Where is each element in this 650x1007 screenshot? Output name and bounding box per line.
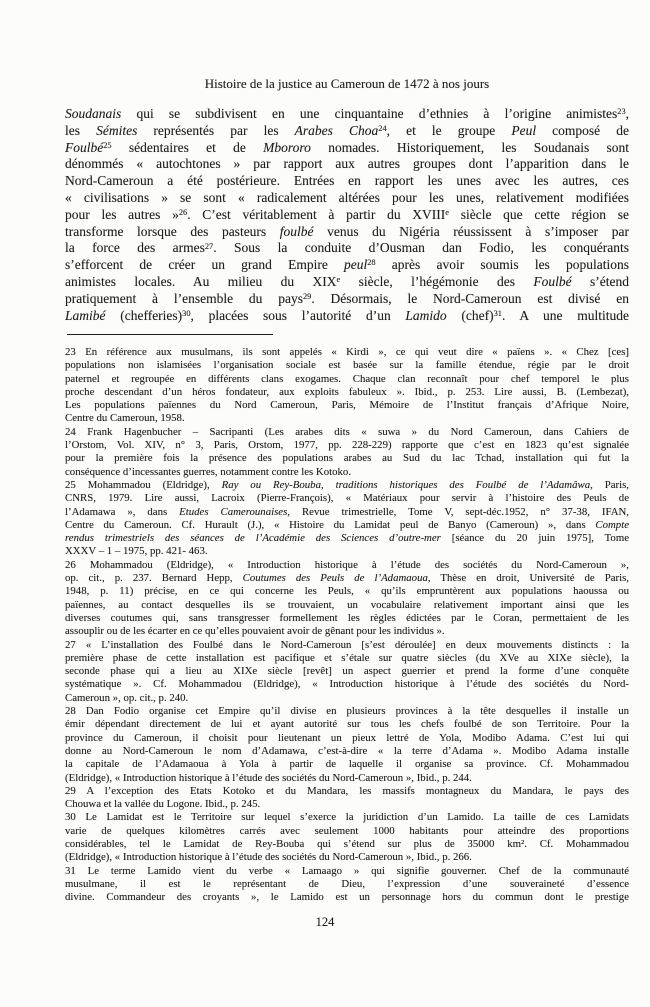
text-run: la capitale de l’Adamaoua à Yola à parti…: [65, 758, 629, 770]
text-line: transforme lorsque des pasteurs foulbé v…: [65, 224, 629, 241]
body-paragraph: Soudanais qui se subdivisent en une cinq…: [65, 106, 629, 324]
text-run: Peul: [511, 123, 536, 138]
text-run: XXXV – 1 – 1975, pp. 421- 463.: [65, 545, 208, 557]
text-run: varie de quelques kilomètres carrés avec…: [65, 825, 629, 837]
text-run: Mbororo: [263, 140, 311, 155]
text-run: Compte: [595, 519, 629, 531]
text-run: musulmane, il est le représentant de Die…: [65, 878, 629, 890]
text-run: Soudanais: [65, 106, 121, 121]
text-line: seconde phase qui a lieu au XIXe siècle …: [65, 665, 629, 678]
text-line: Cameroun », op. cit., p. 240.: [65, 692, 629, 705]
text-run: 30 Le Lamidat est le Territoire sur lequ…: [65, 811, 629, 823]
text-run: Arabes Choa: [295, 123, 379, 138]
text-line: « civilisations » se sont « radicalement…: [65, 190, 629, 207]
text-run: , Paris,: [590, 479, 629, 491]
text-run: animistes locales. Au milieu du XIX: [65, 274, 337, 289]
superscript-ref: 25: [103, 141, 111, 150]
text-line: dénommés « autochtones » par rapport aux…: [65, 156, 629, 173]
text-run: sédentaires et de: [112, 140, 264, 155]
text-line: pratiquement à l’ensemble du pays29. Dés…: [65, 291, 629, 308]
superscript-ref: 29: [303, 292, 311, 301]
text-run: s’étend: [572, 274, 629, 289]
text-run: païennes, au contact desquelles ils se t…: [65, 599, 629, 611]
text-run: siècle que cette région se: [449, 207, 629, 222]
text-run: Chouwa et la vallée du Logone. Ibid., p.…: [65, 798, 260, 810]
text-run: peul: [344, 257, 367, 272]
text-run: proche descendant d’un héros fondateur, …: [65, 386, 629, 398]
text-line: Soudanais qui se subdivisent en une cinq…: [65, 106, 629, 123]
text-run: Ray ou Rey-Bouba, traditions historiques…: [222, 479, 591, 491]
text-line: 31 Le terme Lamido vient du verbe « Lama…: [65, 865, 629, 878]
footnote-27: 27 « L’installation des Foulbé dans le N…: [65, 639, 629, 705]
footnote-29: 29 A l’exception des Etats Kotoko et du …: [65, 785, 629, 812]
text-run: l’Orstom, Vol. XIV, n° 3, Paris, Orstom,…: [65, 439, 629, 451]
footnote-25: 25 Mohammadou (Eldridge), Ray ou Rey-Bou…: [65, 479, 629, 559]
superscript-ref: 30: [182, 309, 190, 318]
footnote-23: 23 En référence aux musulmans, ils sont …: [65, 346, 629, 426]
text-run: paternel et regroupée en différents clan…: [65, 373, 629, 385]
text-run: 31 Le terme Lamido vient du verbe « Lama…: [65, 865, 629, 877]
superscript-ref: 23: [617, 107, 625, 116]
text-line: émir dépendant directement de lui et aya…: [65, 718, 629, 731]
text-run: donne au Nord-Cameroun le nom d’Adamawa,…: [65, 745, 629, 757]
text-run: 24 Frank Hagenbucher – Sacripanti (Les a…: [65, 426, 629, 438]
text-line: Nord-Cameroun a été postérieure. Entrées…: [65, 173, 629, 190]
text-run: après avoir soumis les populations: [376, 257, 629, 272]
text-run: pour la première fois la présence des po…: [65, 452, 629, 464]
text-run: systématique ». Cf. Mohammadou (Eldridge…: [65, 678, 629, 690]
text-line: assouplir ou de les écarter en ce qu’ell…: [65, 625, 629, 638]
text-run: 28 Dan Fodio organise cet Empire qu’il d…: [65, 705, 629, 717]
text-run: Foulbé: [533, 274, 571, 289]
text-run: siècle, l’hégémonie des: [340, 274, 533, 289]
superscript-ref: 27: [205, 242, 213, 251]
text-line: populations non islamisées l’organisatio…: [65, 359, 629, 372]
text-line: diverses coutumes qui, sans transgresser…: [65, 612, 629, 625]
text-run: . Désormais, le Nord-Cameroun est divisé…: [311, 291, 629, 306]
text-run: « civilisations » se sont « radicalement…: [65, 190, 629, 205]
text-line: 30 Le Lamidat est le Territoire sur lequ…: [65, 811, 629, 824]
text-run: l’Adamawa », dans: [65, 506, 179, 518]
text-line: XXXV – 1 – 1975, pp. 421- 463.: [65, 545, 629, 558]
text-run: foulbé: [280, 224, 314, 239]
text-line: l’Orstom, Vol. XIV, n° 3, Paris, Orstom,…: [65, 439, 629, 452]
text-run: qui se subdivisent en une cinquantaine d…: [121, 106, 617, 121]
footnote-28: 28 Dan Fodio organise cet Empire qu’il d…: [65, 705, 629, 785]
footnote-31: 31 Le terme Lamido vient du verbe « Lama…: [65, 865, 629, 905]
text-line: considérables, tel le Lamidat de Rey-Bou…: [65, 838, 629, 851]
text-line: 1948, p. 11) précise, en ce qui concerne…: [65, 585, 629, 598]
text-run: Centre du Cameroun, 1958.: [65, 412, 185, 424]
text-run: dénommés « autochtones » par rapport aux…: [65, 156, 629, 171]
text-run: 27 « L’installation des Foulbé dans le N…: [65, 639, 629, 651]
text-run: (chefferies): [106, 308, 183, 323]
text-run: Centre du Cameroun. Cf. Hurault (J.), « …: [65, 519, 595, 531]
text-run: Cameroun », op. cit., p. 240.: [65, 692, 188, 704]
text-line: 28 Dan Fodio organise cet Empire qu’il d…: [65, 705, 629, 718]
text-run: rendus trimestriels des séances de l’Aca…: [65, 532, 441, 544]
text-line: 23 En référence aux musulmans, ils sont …: [65, 346, 629, 359]
text-run: la force des armes: [65, 240, 205, 255]
text-run: Sémites: [96, 123, 137, 138]
text-run: 26 Mohammadou (Eldridge), « Introduction…: [65, 559, 629, 571]
text-line: païennes, au contact desquelles ils se t…: [65, 599, 629, 612]
text-run: , placées sous l’autorité d’un: [191, 308, 406, 323]
text-run: nomades. Historiquement, les Soudanais s…: [311, 140, 629, 155]
text-line: Centre du Cameroun, 1958.: [65, 412, 629, 425]
text-line: varie de quelques kilomètres carrés avec…: [65, 825, 629, 838]
text-line: (Eldridge), « Introduction historique à …: [65, 851, 629, 864]
text-run: considérables, tel le Lamidat de Rey-Bou…: [65, 838, 629, 850]
superscript-ref: 31: [494, 309, 502, 318]
text-run: les: [65, 123, 96, 138]
text-run: conséquence d’incessantes guerres, notam…: [65, 466, 351, 478]
footnotes-block: 23 En référence aux musulmans, ils sont …: [65, 346, 629, 904]
text-line: l’Adamawa », dans Etudes Camerounaises, …: [65, 506, 629, 519]
superscript-ref: e: [445, 208, 449, 217]
text-run: diverses coutumes qui, sans transgresser…: [65, 612, 629, 624]
superscript-ref: 28: [367, 258, 375, 267]
text-run: ,: [626, 106, 629, 121]
text-run: émir dépendant directement de lui et aya…: [65, 718, 629, 730]
text-line: Chouwa et la vallée du Logone. Ibid., p.…: [65, 798, 629, 811]
text-run: 23 En référence aux musulmans, ils sont …: [65, 346, 629, 358]
text-run: seconde phase qui a lieu au XIXe siècle …: [65, 665, 629, 677]
text-run: 1948, p. 11) précise, en ce qui concerne…: [65, 585, 629, 597]
text-line: divine. Commandeur des croyants », le La…: [65, 891, 629, 904]
text-run: première phase de cette installation est…: [65, 652, 629, 664]
text-line: CNRS, 1979. Lire aussi, Lacroix (Pierre-…: [65, 492, 629, 505]
text-line: proche descendant d’un héros fondateur, …: [65, 386, 629, 399]
text-run: représentés par les: [137, 123, 294, 138]
text-line: Lamibé (chefferies)30, placées sous l’au…: [65, 308, 629, 325]
text-run: pratiquement à l’ensemble du pays: [65, 291, 303, 306]
text-line: 25 Mohammadou (Eldridge), Ray ou Rey-Bou…: [65, 479, 629, 492]
text-line: 26 Mohammadou (Eldridge), « Introduction…: [65, 559, 629, 572]
text-run: (Eldridge), « Introduction historique à …: [65, 772, 472, 784]
text-line: animistes locales. Au milieu du XIXe siè…: [65, 274, 629, 291]
text-run: venus du Nigéria réussissent à s’imposer…: [314, 224, 629, 239]
text-line: 27 « L’installation des Foulbé dans le N…: [65, 639, 629, 652]
text-line: rendus trimestriels des séances de l’Aca…: [65, 532, 629, 545]
text-run: 25 Mohammadou (Eldridge),: [65, 479, 222, 491]
footnote-separator: [67, 334, 273, 335]
document-page: Histoire de la justice au Cameroun de 14…: [0, 0, 650, 1007]
text-line: op. cit., p. 237. Bernard Hepp, Coutumes…: [65, 572, 629, 585]
text-line: systématique ». Cf. Mohammadou (Eldridge…: [65, 678, 629, 691]
text-line: donne au Nord-Cameroun le nom d’Adamawa,…: [65, 745, 629, 758]
text-line: Foulbé25 sédentaires et de Mbororo nomad…: [65, 140, 629, 157]
text-run: Foulbé: [65, 140, 103, 155]
text-run: op. cit., p. 237. Bernard Hepp,: [65, 572, 243, 584]
superscript-ref: e: [337, 275, 341, 284]
text-run: , Thèse en droit, Université de Paris,: [428, 572, 629, 584]
text-line: musulmane, il est le représentant de Die…: [65, 878, 629, 891]
superscript-ref: 24: [378, 124, 386, 133]
text-run: Lamido: [405, 308, 446, 323]
text-line: la capitale de l’Adamaoua à Yola à parti…: [65, 758, 629, 771]
footnote-24: 24 Frank Hagenbucher – Sacripanti (Les a…: [65, 426, 629, 479]
text-run: [séance du 20 juin 1975], Tome: [441, 532, 629, 544]
text-line: (Eldridge), « Introduction historique à …: [65, 772, 629, 785]
text-run: transforme lorsque des pasteurs: [65, 224, 280, 239]
text-run: Coutumes des Peuls de l’Adamaoua: [243, 572, 428, 584]
text-run: province du Cameroun, il choisit pour li…: [65, 732, 629, 744]
footnote-30: 30 Le Lamidat est le Territoire sur lequ…: [65, 811, 629, 864]
text-line: pour la première fois la présence des po…: [65, 452, 629, 465]
text-run: Etudes Camerounaises: [179, 506, 287, 518]
text-line: paternel et regroupée en différents clan…: [65, 373, 629, 386]
text-run: Lamibé: [65, 308, 106, 323]
text-line: 24 Frank Hagenbucher – Sacripanti (Les a…: [65, 426, 629, 439]
footnote-26: 26 Mohammadou (Eldridge), « Introduction…: [65, 559, 629, 639]
text-run: CNRS, 1979. Lire aussi, Lacroix (Pierre-…: [65, 492, 629, 504]
text-line: la force des armes27. Sous la conduite d…: [65, 240, 629, 257]
text-line: première phase de cette installation est…: [65, 652, 629, 665]
running-header: Histoire de la justice au Cameroun de 14…: [65, 76, 629, 91]
text-line: Les populations païennes du Nord Camerou…: [65, 399, 629, 412]
text-run: (Eldridge), « Introduction historique à …: [65, 851, 472, 863]
text-run: (chef): [447, 308, 494, 323]
text-run: assouplir ou de les écarter en ce qu’ell…: [65, 625, 445, 637]
text-run: pour les autres »: [65, 207, 179, 222]
text-line: province du Cameroun, il choisit pour li…: [65, 732, 629, 745]
text-run: , et le groupe: [387, 123, 512, 138]
text-run: divine. Commandeur des croyants », le La…: [65, 891, 629, 903]
text-run: 29 A l’exception des Etats Kotoko et du …: [65, 785, 629, 797]
text-line: s’efforcent de créer un grand Empire peu…: [65, 257, 629, 274]
superscript-ref: 26: [179, 208, 187, 217]
page-number: 124: [0, 915, 650, 930]
text-run: composé de: [536, 123, 629, 138]
text-run: Nord-Cameroun a été postérieure. Entrées…: [65, 173, 629, 188]
text-line: Centre du Cameroun. Cf. Hurault (J.), « …: [65, 519, 629, 532]
text-run: . A une multitude: [502, 308, 629, 323]
text-line: pour les autres »26. C’est véritablement…: [65, 207, 629, 224]
text-run: . C’est véritablement à partir du XVIII: [187, 207, 445, 222]
text-run: , Revue trimestrielle, Tome V, sept-déc.…: [287, 506, 629, 518]
text-line: conséquence d’incessantes guerres, notam…: [65, 466, 629, 479]
text-run: populations non islamisées l’organisatio…: [65, 359, 629, 371]
text-run: s’efforcent de créer un grand Empire: [65, 257, 344, 272]
text-line: les Sémites représentés par les Arabes C…: [65, 123, 629, 140]
text-run: Les populations païennes du Nord Camerou…: [65, 399, 629, 411]
text-line: 29 A l’exception des Etats Kotoko et du …: [65, 785, 629, 798]
text-run: . Sous la conduite d’Ousman dan Fodio, l…: [213, 240, 629, 255]
